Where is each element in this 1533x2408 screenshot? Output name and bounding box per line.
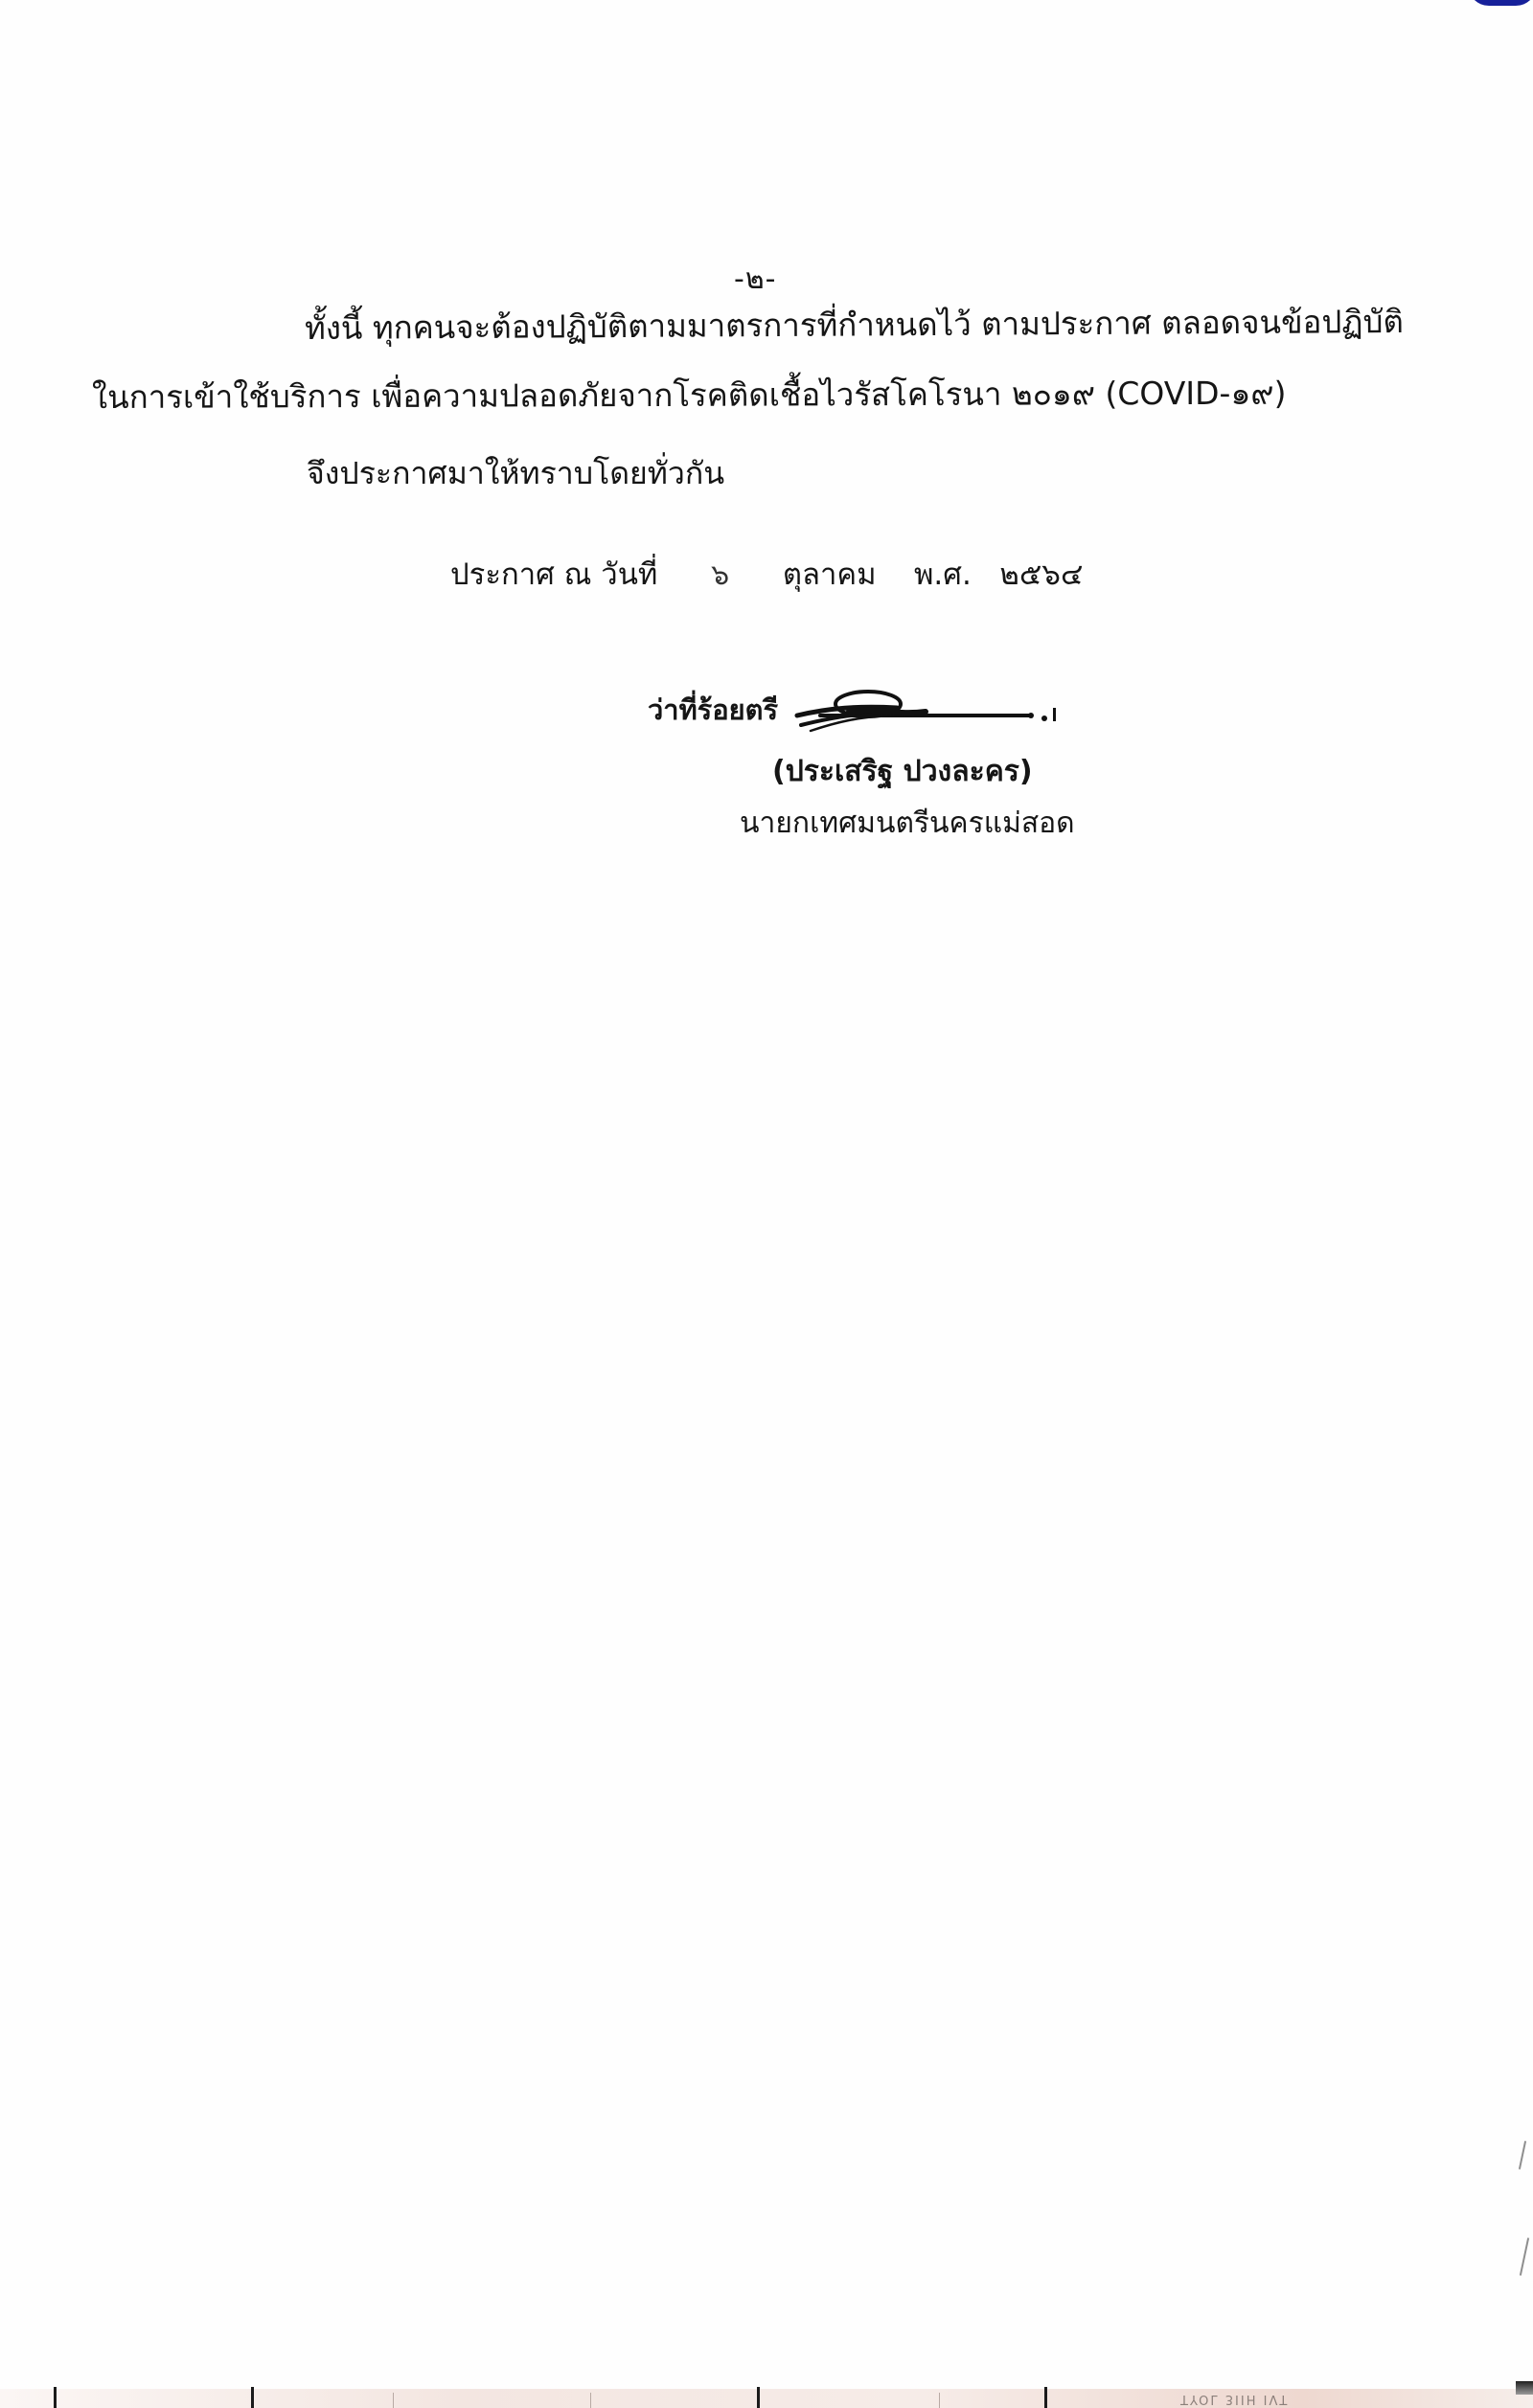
scan-line-mark bbox=[757, 2387, 760, 2408]
scan-speck bbox=[1519, 2141, 1526, 2169]
signatory-title: นายกเทศมนตรีนครแม่สอด bbox=[740, 801, 1075, 846]
scan-line-mark bbox=[251, 2387, 254, 2408]
handwritten-signature-icon bbox=[791, 687, 1060, 733]
date-year: ๒๕๖๔ bbox=[999, 557, 1083, 592]
closing-statement: จึงประกาศมาให้ทราบโดยทั่วกัน bbox=[307, 458, 724, 488]
signatory-name: (ประเสริฐ ปวงละคร) bbox=[772, 749, 1033, 794]
scan-line-mark bbox=[54, 2387, 57, 2408]
mirrored-stamp-text: TYOL 3IIH IVT bbox=[1180, 2392, 1289, 2406]
scan-corner-mark bbox=[1516, 2381, 1533, 2395]
scan-line-mark bbox=[590, 2393, 591, 2408]
ink-mark bbox=[1468, 0, 1533, 6]
signatory-rank: ว่าที่ร้อยตรี bbox=[648, 688, 778, 732]
scan-speck bbox=[1520, 2238, 1529, 2276]
date-month: ตุลาคม bbox=[783, 557, 877, 592]
document-page: -๒- ทั้งนี้ ทุกคนจะต้องปฏิบัติตามมาตรการ… bbox=[0, 0, 1533, 2408]
body-line-2: ในการเข้าใช้บริการ เพื่อความปลอดภัยจากโร… bbox=[92, 377, 1287, 413]
announcement-date: ประกาศ ณ วันที่ ๖ ตุลาคม พ.ศ. ๒๕๖๔ bbox=[450, 550, 1083, 598]
signature-row: ว่าที่ร้อยตรี bbox=[648, 686, 1060, 734]
date-era: พ.ศ. bbox=[914, 557, 972, 592]
scan-line-mark bbox=[939, 2393, 940, 2408]
date-prefix: ประกาศ ณ วันที่ bbox=[450, 557, 657, 592]
body-line-1: ทั้งนี้ ทุกคนจะต้องปฏิบัติตามมาตรการที่ก… bbox=[305, 306, 1404, 344]
page-number: -๒- bbox=[734, 257, 776, 302]
scan-line-mark bbox=[1044, 2387, 1047, 2408]
date-day: ๖ bbox=[711, 553, 729, 598]
scan-bottom-edge bbox=[0, 2389, 1533, 2408]
scan-line-mark bbox=[393, 2393, 394, 2408]
